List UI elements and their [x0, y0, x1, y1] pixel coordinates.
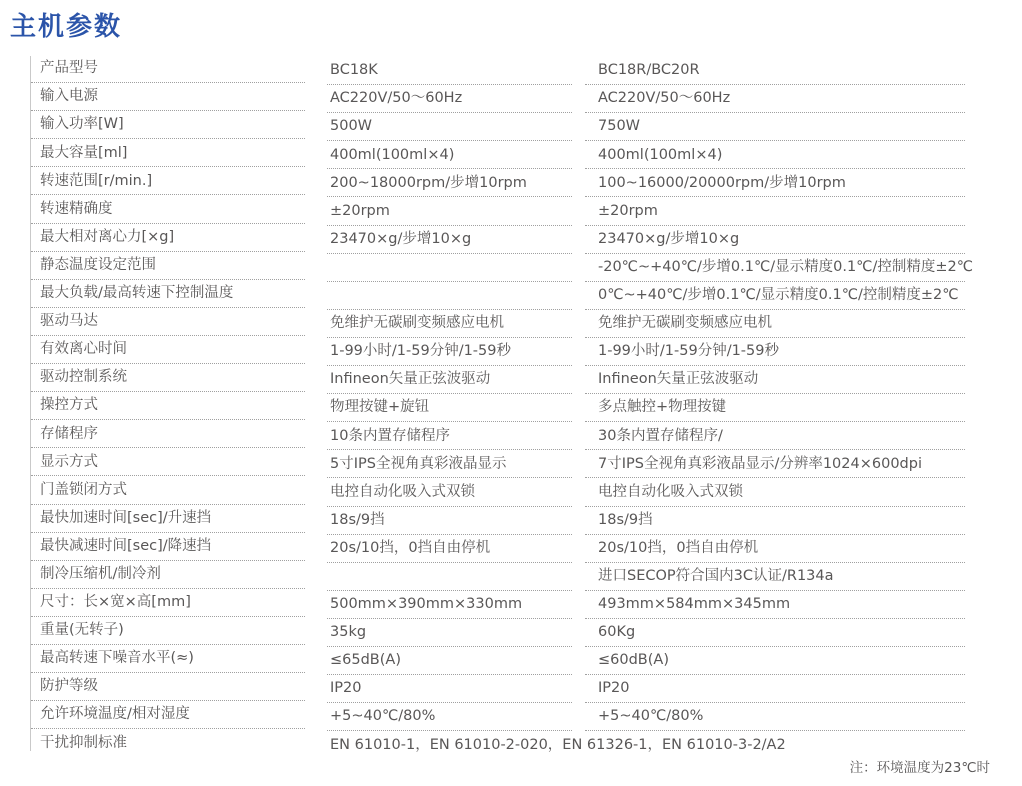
value-bc18r-bc20r: Infineon矢量正弦波驱动 — [585, 366, 965, 394]
value-bc18r-bc20r: 0℃~+40℃/步增0.1℃/显示精度0.1℃/控制精度±2℃ — [585, 282, 965, 310]
param-label: 制冷压缩机/制冷剂 — [31, 561, 305, 589]
value-bc18k: BC18K — [327, 57, 572, 85]
value-bc18r-bc20r: ≤60dB(A) — [585, 647, 965, 675]
value-bc18k — [327, 254, 572, 282]
value-bc18k: ≤65dB(A) — [327, 647, 572, 675]
value-bc18k: ±20rpm — [327, 197, 572, 225]
value-bc18k: AC220V/50～60Hz — [327, 85, 572, 113]
value-bc18k: 200~18000rpm/步增10rpm — [327, 169, 572, 197]
value-bc18r-bc20r: 100~16000/20000rpm/步增10rpm — [585, 169, 965, 197]
value-bc18r-bc20r: 1-99小时/1-59分钟/1-59秒 — [585, 338, 965, 366]
value-bc18r-bc20r: 7寸IPS全视角真彩液晶显示/分辨率1024×600dpi — [585, 450, 965, 478]
value-bc18k: 23470×g/步增10×g — [327, 226, 572, 254]
spec-table: 产品型号BC18KBC18R/BC20R输入电源AC220V/50～60HzAC… — [31, 55, 965, 757]
value-bc18k: 500mm×390mm×330mm — [327, 591, 572, 619]
value-bc18r-bc20r: 18s/9挡 — [585, 507, 965, 535]
value-bc18r-bc20r: 进口SECOP符合国内3C认证/R134a — [585, 563, 965, 591]
value-bc18r-bc20r: 电控自动化吸入式双锁 — [585, 478, 965, 506]
param-label: 显示方式 — [31, 448, 305, 476]
param-label: 最大负载/最高转速下控制温度 — [31, 280, 305, 308]
value-bc18r-bc20r: 免维护无碳刷变频感应电机 — [585, 310, 965, 338]
param-label: 防护等级 — [31, 673, 305, 701]
value-bc18k: 400ml(100ml×4) — [327, 141, 572, 169]
param-label: 门盖锁闭方式 — [31, 476, 305, 504]
param-label: 最快减速时间[sec]/降速挡 — [31, 533, 305, 561]
param-label: 最大容量[ml] — [31, 139, 305, 167]
value-bc18r-bc20r: 20s/10挡，0挡自由停机 — [585, 535, 965, 563]
param-label: 转速精确度 — [31, 195, 305, 223]
value-bc18r-bc20r: ±20rpm — [585, 197, 965, 225]
param-label: 允许环境温度/相对湿度 — [31, 701, 305, 729]
param-label: 产品型号 — [31, 55, 305, 83]
value-bc18k: 35kg — [327, 619, 572, 647]
param-label: 静态温度设定范围 — [31, 252, 305, 280]
footnote: 注：环境温度为23℃时 — [850, 756, 990, 776]
value-bc18k: 18s/9挡 — [327, 507, 572, 535]
param-label: 有效离心时间 — [31, 336, 305, 364]
param-label: 重量(无转子) — [31, 617, 305, 645]
param-label: 输入功率[W] — [31, 111, 305, 139]
param-label: 输入电源 — [31, 83, 305, 111]
page-title: 主机参数 — [10, 6, 122, 43]
value-bc18k: 500W — [327, 113, 572, 141]
param-label: 尺寸：长×宽×高[mm] — [31, 589, 305, 617]
param-label: 最大相对离心力[×g] — [31, 224, 305, 252]
value-bc18k: 电控自动化吸入式双锁 — [327, 478, 572, 506]
value-bc18r-bc20r: 400ml(100ml×4) — [585, 141, 965, 169]
value-bc18k: 5寸IPS全视角真彩液晶显示 — [327, 450, 572, 478]
value-bc18k: 免维护无碳刷变频感应电机 — [327, 310, 572, 338]
value-bc18r-bc20r: IP20 — [585, 675, 965, 703]
param-label: 存储程序 — [31, 420, 305, 448]
value-bc18r-bc20r: 493mm×584mm×345mm — [585, 591, 965, 619]
value-bc18k: 10条内置存储程序 — [327, 422, 572, 450]
param-label: 驱动控制系统 — [31, 364, 305, 392]
value-bc18k: 物理按键+旋钮 — [327, 394, 572, 422]
value-bc18k: IP20 — [327, 675, 572, 703]
value-bc18r-bc20r: -20℃~+40℃/步增0.1℃/显示精度0.1℃/控制精度±2℃ — [585, 254, 965, 282]
value-bc18k — [327, 282, 572, 310]
param-label: 转速范围[r/min.] — [31, 167, 305, 195]
value-bc18r-bc20r: AC220V/50～60Hz — [585, 85, 965, 113]
value-bc18k: Infineon矢量正弦波驱动 — [327, 366, 572, 394]
value-bc18r-bc20r: 750W — [585, 113, 965, 141]
param-label: 最高转速下噪音水平(≈) — [31, 645, 305, 673]
spec-sheet-page: 主机参数 产品型号BC18KBC18R/BC20R输入电源AC220V/50～6… — [0, 0, 1022, 786]
value-bc18k: +5~40℃/80% — [327, 703, 572, 731]
param-label: 操控方式 — [31, 392, 305, 420]
value-bc18r-bc20r: 30条内置存储程序/ — [585, 422, 965, 450]
value-bc18r-bc20r: +5~40℃/80% — [585, 703, 965, 731]
value-bc18k — [327, 563, 572, 591]
value-bc18r-bc20r: 多点触控+物理按键 — [585, 394, 965, 422]
value-bc18k: 1-99小时/1-59分钟/1-59秒 — [327, 338, 572, 366]
param-label: 干扰抑制标准 — [31, 729, 305, 757]
value-bc18k: 20s/10挡，0挡自由停机 — [327, 535, 572, 563]
param-label: 最快加速时间[sec]/升速挡 — [31, 505, 305, 533]
value-bc18r-bc20r: 23470×g/步增10×g — [585, 226, 965, 254]
value-bc18r-bc20r: 60Kg — [585, 619, 965, 647]
param-label: 驱动马达 — [31, 308, 305, 336]
value-bc18r-bc20r: BC18R/BC20R — [585, 57, 965, 85]
